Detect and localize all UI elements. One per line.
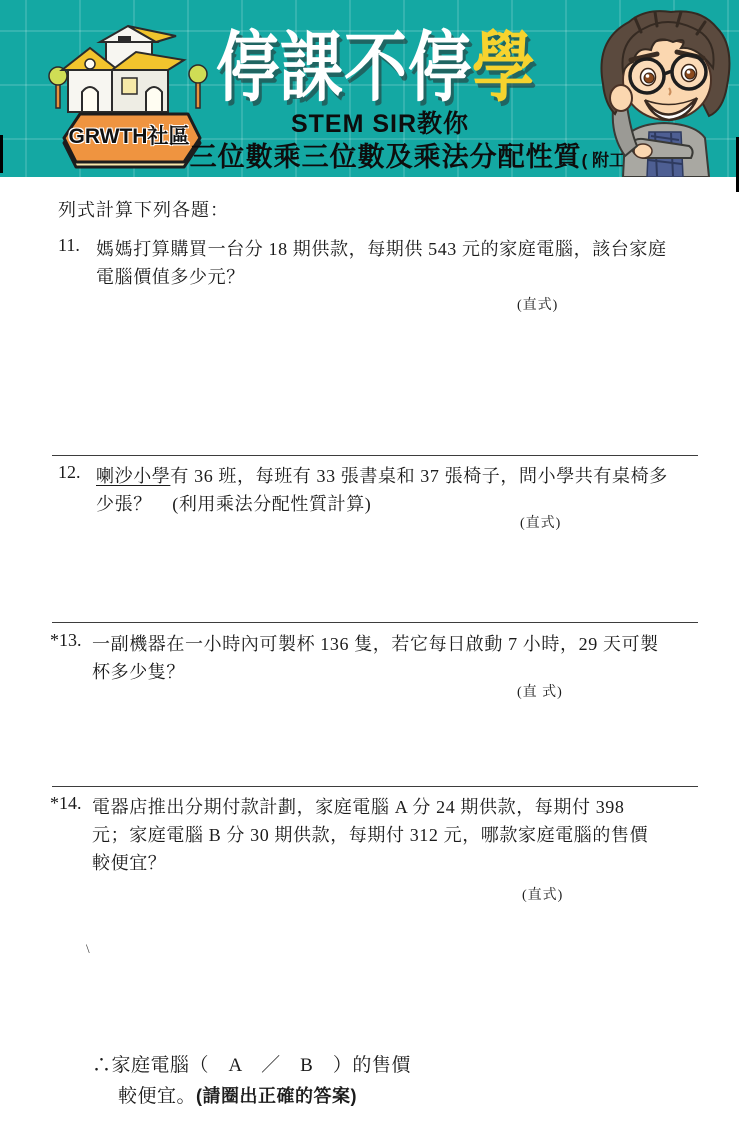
banner-title-yellow: 學	[472, 26, 536, 111]
question-12-number: 12.	[58, 462, 81, 483]
conclusion-line2: 較便宜。(請圈出正確的答案)	[92, 1081, 411, 1112]
worksheet-instruction: 列式計算下列各題：	[58, 196, 229, 222]
question-11-line1: 媽媽打算購買一台分 18 期供款，每期供 543 元的家庭電腦，該台家庭	[96, 239, 667, 259]
section-divider	[52, 455, 698, 456]
stray-mark: \	[86, 941, 90, 957]
header-banner: GRWTH社區 停課不停學 STEM SIR教你 三位數乘三位數及乘法分配性質(…	[0, 0, 739, 177]
section-divider	[52, 622, 698, 623]
question-11-format-label: (直式)	[517, 294, 558, 314]
stem-sir-avatar	[585, 6, 739, 177]
house-icon	[112, 52, 184, 112]
question-12-line2: 少張？	[96, 494, 152, 514]
conclusion-line1: ∴家庭電腦（ A ／ B ）的售價	[92, 1050, 411, 1081]
question-13-format-label: (直 式)	[517, 681, 563, 701]
question-14-line3: 較便宜？	[92, 853, 166, 873]
conclusion-line2-bold: (請圈出正確的答案)	[196, 1086, 357, 1106]
question-11-text: 媽媽打算購買一台分 18 期供款，每期供 543 元的家庭電腦，該台家庭 電腦價…	[96, 235, 702, 291]
left-edge-mark	[0, 135, 3, 173]
question-12-method-note: (利用乘法分配性質計算)	[172, 494, 371, 514]
question-12-text: 喇沙小學有 36 班，每班有 33 張書桌和 37 張椅子，問小學共有桌椅多 少…	[96, 462, 702, 518]
question-14-line2: 元；家庭電腦 B 分 30 期供款，每期付 312 元，哪款家庭電腦的售價	[92, 825, 648, 845]
conclusion-block: ∴家庭電腦（ A ／ B ）的售價 較便宜。(請圈出正確的答案)	[92, 1050, 411, 1112]
topic-text: 三位數乘三位數及乘法分配性質	[190, 142, 582, 172]
question-11-number: 11.	[58, 235, 80, 256]
question-12-line1: 有 36 班，每班有 33 張書桌和 37 張椅子，問小學共有桌椅多	[170, 466, 667, 486]
section-divider	[52, 786, 698, 787]
conclusion-line2-normal: 較便宜。	[118, 1086, 196, 1107]
question-12-underlined-school: 喇沙小學	[96, 466, 170, 486]
question-14-line1: 電器店推出分期付款計劃，家庭電腦 A 分 24 期供款，每期付 398	[92, 797, 625, 817]
worksheet-page: GRWTH社區 停課不停學 STEM SIR教你 三位數乘三位數及乘法分配性質(…	[0, 0, 739, 1126]
question-14-text: 電器店推出分期付款計劃，家庭電腦 A 分 24 期供款，每期付 398 元；家庭…	[92, 793, 698, 877]
question-12-format-label: (直式)	[520, 512, 561, 532]
question-14-number: *14.	[50, 793, 82, 814]
question-14-format-label: (直式)	[522, 884, 563, 904]
question-13-line1: 一副機器在一小時內可製杯 136 隻，若它每日啟動 7 小時，29 天可製	[92, 634, 659, 654]
question-11-line2: 電腦價值多少元？	[96, 267, 245, 287]
question-13-text: 一副機器在一小時內可製杯 136 隻，若它每日啟動 7 小時，29 天可製 杯多…	[92, 630, 698, 686]
question-13-number: *13.	[50, 630, 82, 651]
banner-title: 停課不停學	[216, 6, 546, 117]
banner-title-white: 停課不停	[216, 26, 472, 111]
question-13-line2: 杯多少隻？	[92, 662, 185, 682]
